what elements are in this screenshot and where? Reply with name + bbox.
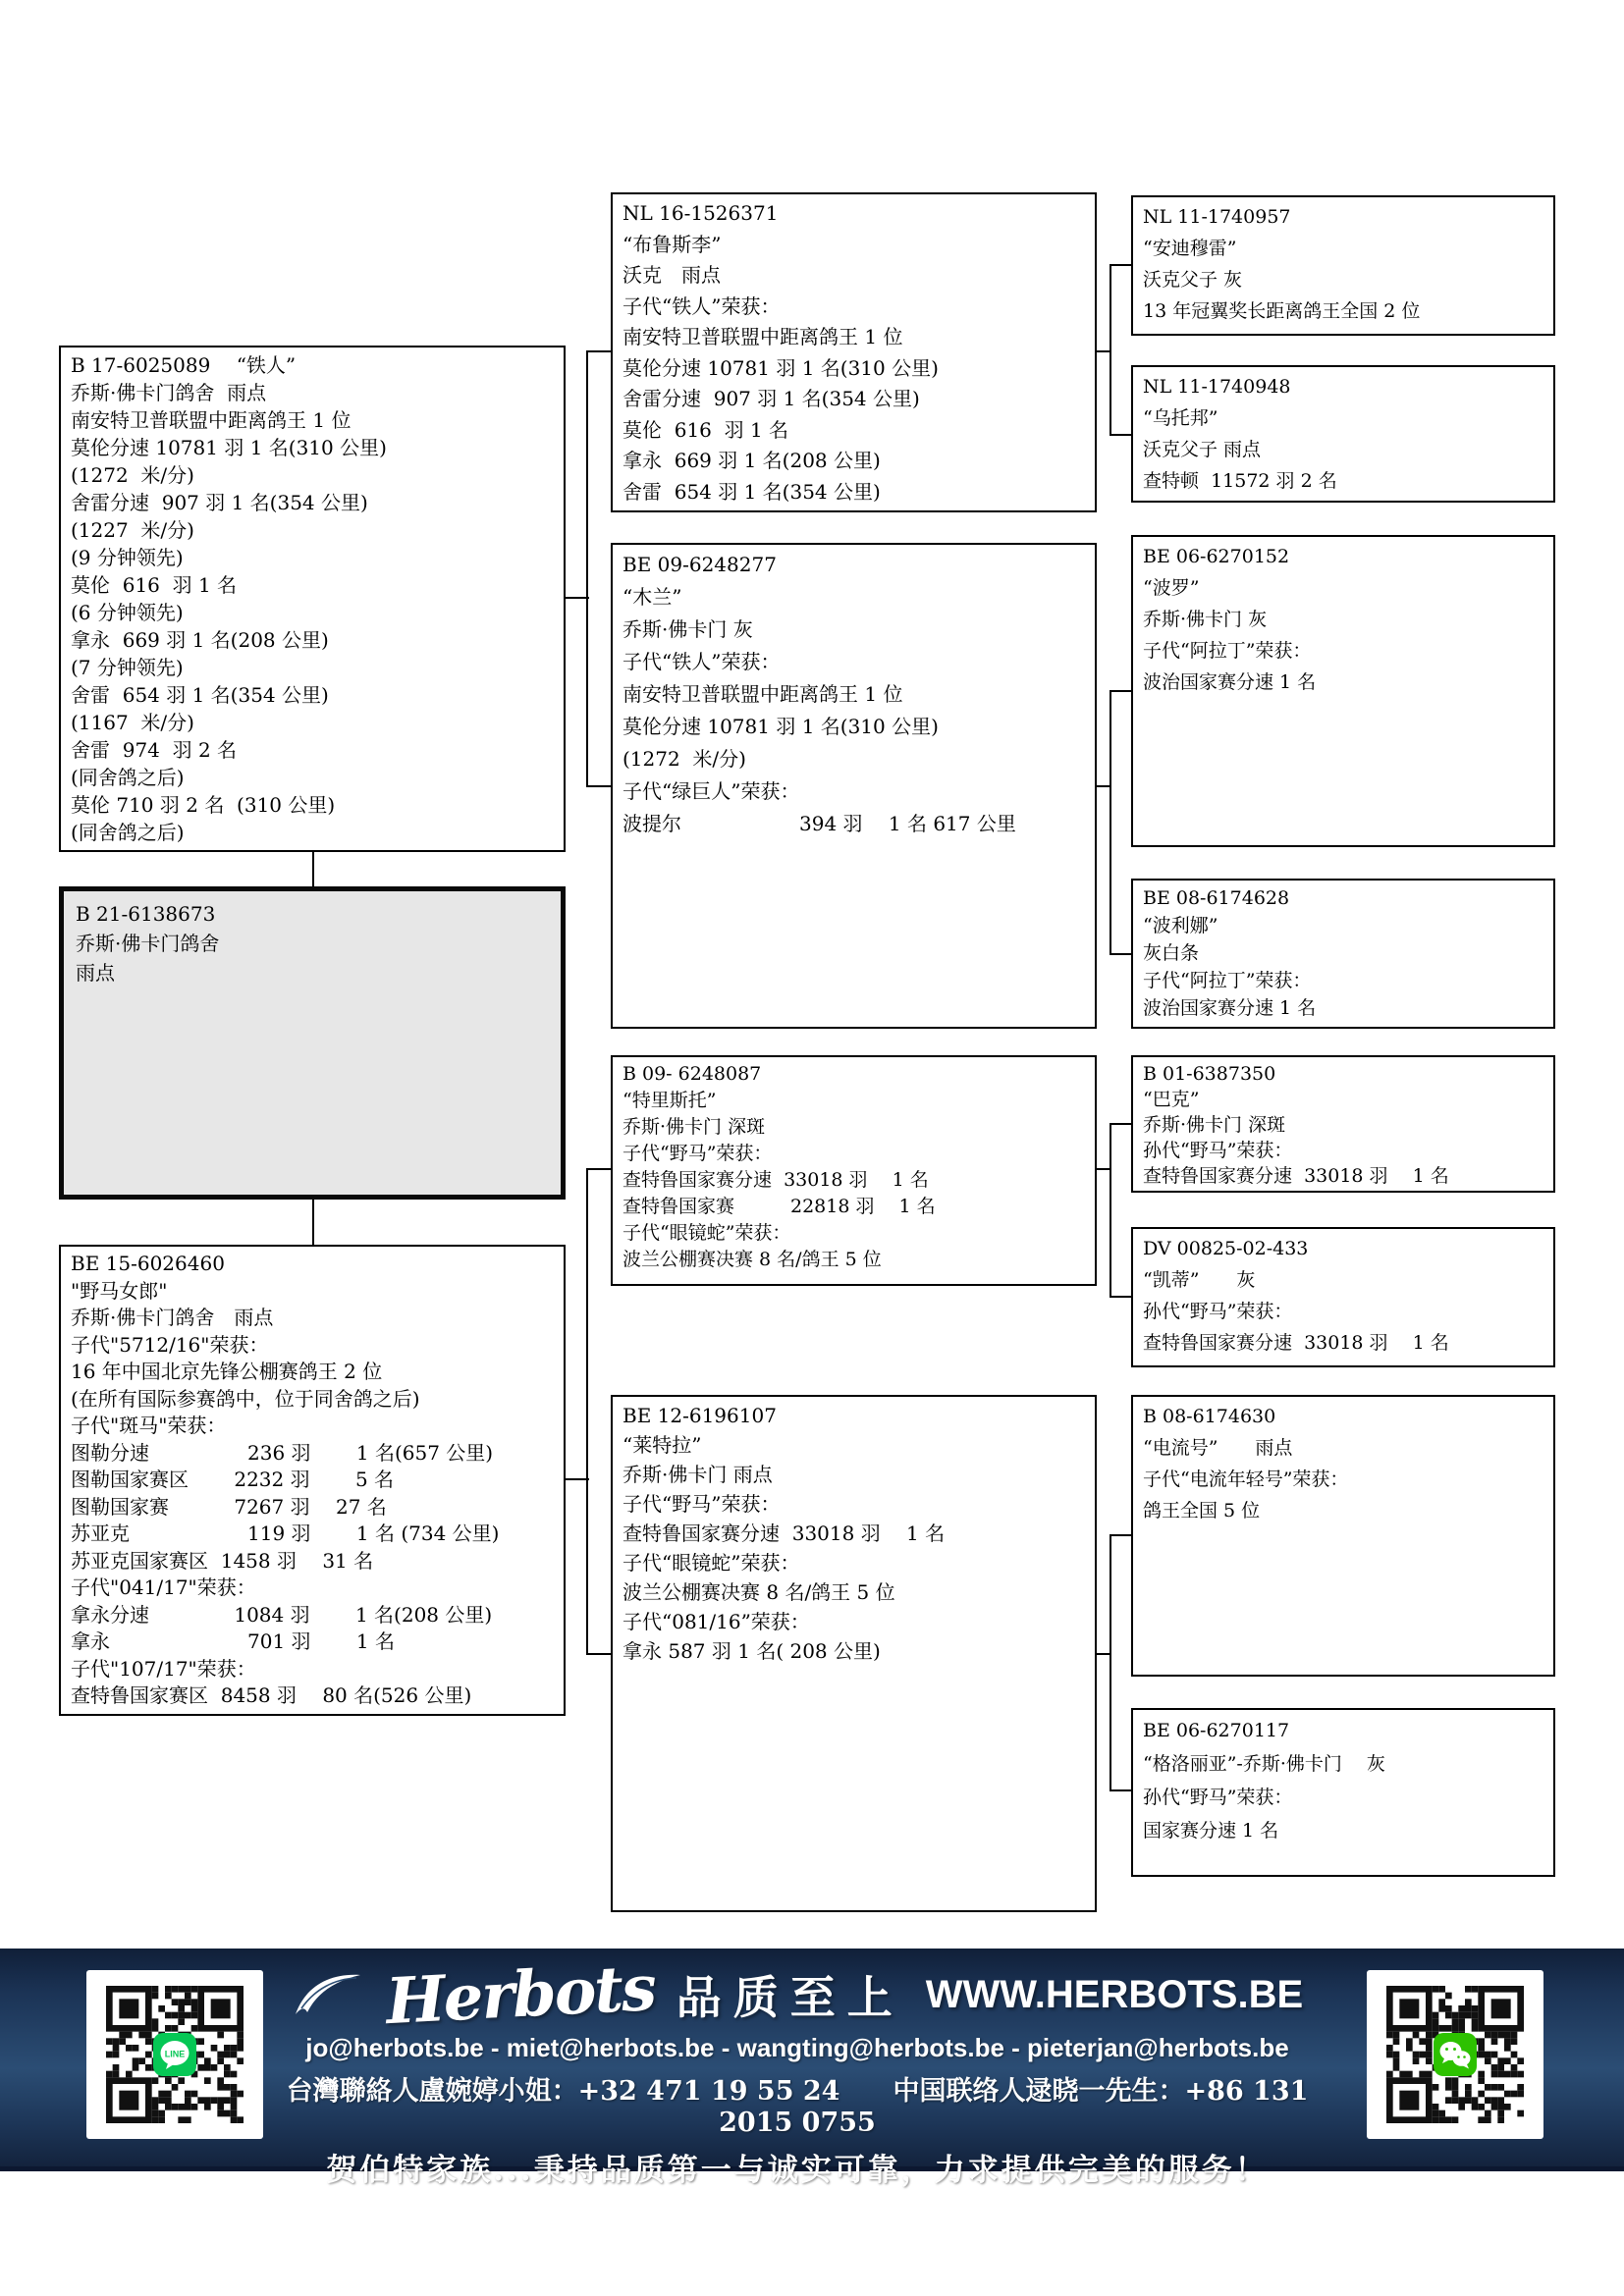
text-line: 查特顿 11572 羽 2 名 — [1143, 465, 1543, 497]
connector-line — [1110, 264, 1131, 266]
text-line: 苏亚克 119 羽 1 名 (734 公里) — [71, 1521, 554, 1548]
text-line: 舍雷分速 907 羽 1 名(354 公里) — [71, 489, 554, 516]
text-line: 乔斯·佛卡门 雨点 — [623, 1460, 1085, 1489]
footer-content: Herbots 品质至上 WWW.HERBOTS.BE jo@herbots.b… — [245, 1949, 1349, 2166]
pedigree-box-dv00825-02-433: DV 00825-02-433“凯蒂” 灰孙代“野马”荣获：查特鲁国家赛分速 3… — [1131, 1227, 1555, 1367]
text-line: “特里斯托” — [623, 1088, 1085, 1114]
text-line: “布鲁斯李” — [623, 230, 1085, 261]
text-line: BE 15-6026460 — [71, 1251, 554, 1278]
text-line: 图勒国家赛区 2232 羽 5 名 — [71, 1467, 554, 1494]
text-line: 查特鲁国家赛分速 33018 羽 1 名 — [623, 1167, 1085, 1194]
connector-line — [1110, 434, 1131, 436]
text-line: 子代"5712/16"荣获： — [71, 1332, 554, 1360]
text-line: 国家赛分速 1 名 — [1143, 1814, 1543, 1847]
text-line: 舍雷 654 羽 1 名(354 公里) — [623, 477, 1085, 508]
text-line: “莱特拉” — [623, 1430, 1085, 1460]
text-line: 舍雷分速 907 羽 1 名(354 公里) — [623, 384, 1085, 415]
text-line: 莫伦 616 羽 1 名 — [623, 415, 1085, 447]
wechat-icon — [1434, 2033, 1477, 2076]
text-line: 舍雷 654 羽 1 名(354 公里) — [71, 681, 554, 709]
text-line: 子代“电流年轻号”荣获： — [1143, 1464, 1543, 1495]
text-line: BE 12-6196107 — [623, 1401, 1085, 1430]
text-line: "野马女郎" — [71, 1278, 554, 1306]
text-line: 子代“阿拉丁”荣获： — [1143, 635, 1543, 667]
text-line: “凯蒂” 灰 — [1143, 1264, 1543, 1296]
text-line: 子代"041/17"荣获： — [71, 1575, 554, 1602]
connector-line — [586, 350, 611, 352]
text-line: (在所有国际参赛鸽中，位于同舍鸽之后) — [71, 1386, 554, 1414]
pedigree-box-be12-6196107: BE 12-6196107“莱特拉”乔斯·佛卡门 雨点子代“野马”荣获：查特鲁国… — [611, 1395, 1097, 1912]
text-line: B 09- 6248087 — [623, 1061, 1085, 1088]
text-line: 南安特卫普联盟中距离鸽王 1 位 — [71, 406, 554, 434]
text-line: BE 08-6174628 — [1143, 884, 1543, 912]
text-line: 波兰公棚赛决赛 8 名/鸽王 5 位 — [623, 1247, 1085, 1273]
line-icon: LINE — [153, 2033, 196, 2076]
pedigree-page: B 17-6025089 “铁人”乔斯·佛卡门鸽舍 雨点南安特卫普联盟中距离鸽王… — [0, 0, 1624, 2296]
feather-icon — [292, 1969, 364, 2020]
text-line: 鸽王全国 5 位 — [1143, 1495, 1543, 1526]
connector-line — [1110, 1534, 1131, 1536]
text-line: 查特鲁国家赛 22818 羽 1 名 — [623, 1194, 1085, 1220]
text-line: 子代“野马”荣获： — [623, 1141, 1085, 1167]
text-line: B 17-6025089 “铁人” — [71, 351, 554, 379]
footer-contact-phones: 台灣聯絡人盧婉婷小姐：+32 471 19 55 24 中国联络人逯晓一先生：+… — [245, 2069, 1349, 2138]
connector-line — [586, 1168, 588, 1655]
text-line: 乔斯·佛卡门 深斑 — [623, 1114, 1085, 1141]
pedigree-box-nl16-1526371: NL 16-1526371“布鲁斯李”沃克 雨点子代“铁人”荣获：南安特卫普联盟… — [611, 192, 1097, 512]
text-line: 舍雷 974 羽 2 名 — [71, 736, 554, 764]
connector-line — [586, 785, 611, 787]
text-line: 子代“铁人”荣获： — [623, 646, 1085, 678]
text-line: DV 00825-02-433 — [1143, 1233, 1543, 1264]
text-line: “波利娜” — [1143, 912, 1543, 939]
connector-line — [1110, 1123, 1111, 1298]
text-line: (9 分钟领先) — [71, 544, 554, 571]
text-line: 子代“铁人”荣获： — [623, 292, 1085, 323]
text-line: 子代“眼镜蛇”荣获： — [623, 1548, 1085, 1577]
text-line: 沃克父子 雨点 — [1143, 434, 1543, 465]
text-line: (1167 米/分) — [71, 709, 554, 736]
pedigree-box-dam-be15-6026460: BE 15-6026460"野马女郎"乔斯·佛卡门鸽舍 雨点子代"5712/16… — [59, 1245, 566, 1716]
text-line: 子代"107/17"荣获： — [71, 1656, 554, 1683]
text-line: 查特鲁国家赛分速 33018 羽 1 名 — [1143, 1163, 1543, 1189]
pedigree-box-be08-6174628: BE 08-6174628“波利娜”灰白条子代“阿拉丁”荣获：波治国家赛分速 1… — [1131, 879, 1555, 1029]
wechat-qr-code — [1367, 1970, 1543, 2139]
text-line: B 08-6174630 — [1143, 1401, 1543, 1432]
text-line: 莫伦 616 羽 1 名 — [71, 571, 554, 599]
footer-logo-row: Herbots 品质至上 WWW.HERBOTS.BE — [245, 1958, 1349, 2031]
text-line: (6 分钟领先) — [71, 599, 554, 626]
text-line: 子代“野马”荣获： — [623, 1489, 1085, 1519]
text-line: 子代“眼镜蛇”荣获： — [623, 1220, 1085, 1247]
text-line: 乔斯·佛卡门鸽舍 雨点 — [71, 379, 554, 406]
connector-line — [1110, 953, 1131, 955]
text-line: BE 09-6248277 — [623, 549, 1085, 581]
text-line: “巴克” — [1143, 1087, 1543, 1112]
text-line: 南安特卫普联盟中距离鸽王 1 位 — [623, 322, 1085, 353]
svg-text:LINE: LINE — [165, 2050, 186, 2059]
pedigree-box-sire-b17-6025089: B 17-6025089 “铁人”乔斯·佛卡门鸽舍 雨点南安特卫普联盟中距离鸽王… — [59, 346, 566, 852]
text-line: 子代“阿拉丁”荣获： — [1143, 967, 1543, 994]
text-line: (1272 米/分) — [71, 461, 554, 489]
text-line: 拿永分速 1084 羽 1 名(208 公里) — [71, 1602, 554, 1629]
text-line: 莫伦分速 10781 羽 1 名(310 公里) — [623, 711, 1085, 743]
text-line: 查特鲁国家赛分速 33018 羽 1 名 — [1143, 1327, 1543, 1359]
connector-line — [1110, 1123, 1131, 1125]
text-line: 乔斯·佛卡门鸽舍 雨点 — [71, 1305, 554, 1332]
pedigree-box-b08-6174630: B 08-6174630“电流号” 雨点子代“电流年轻号”荣获：鸽王全国 5 位 — [1131, 1395, 1555, 1677]
pedigree-box-nl11-1740957: NL 11-1740957“安迪穆雷”沃克父子 灰13 年冠翼奖长距离鸽王全国 … — [1131, 195, 1555, 336]
text-line: “波罗” — [1143, 572, 1543, 604]
text-line: “乌托邦” — [1143, 402, 1543, 434]
text-line: 乔斯·佛卡门 灰 — [1143, 604, 1543, 635]
text-line: 沃克 雨点 — [623, 260, 1085, 292]
text-line: 16 年中国北京先锋公棚赛鸽王 2 位 — [71, 1359, 554, 1386]
text-line: (1227 米/分) — [71, 516, 554, 544]
pedigree-box-be06-6270152: BE 06-6270152“波罗”乔斯·佛卡门 灰子代“阿拉丁”荣获：波治国家赛… — [1131, 535, 1555, 847]
text-line: (同舍鸽之后) — [71, 764, 554, 791]
text-line: 莫伦分速 10781 羽 1 名(310 公里) — [71, 434, 554, 461]
text-line: 子代“081/16”荣获： — [623, 1607, 1085, 1636]
line-qr-code: LINE — [86, 1970, 263, 2139]
text-line: (同舍鸽之后) — [71, 819, 554, 846]
text-line: 乔斯·佛卡门鸽舍 — [76, 929, 549, 958]
text-line: BE 06-6270117 — [1143, 1714, 1543, 1747]
connector-line — [1110, 1296, 1131, 1298]
text-line: 孙代“野马”荣获： — [1143, 1781, 1543, 1814]
text-line: 查特鲁国家赛区 8458 羽 80 名(526 公里) — [71, 1682, 554, 1710]
connector-line — [586, 1653, 611, 1655]
connector-line — [1110, 690, 1131, 692]
text-line: 图勒国家赛 7267 羽 27 名 — [71, 1494, 554, 1522]
text-line: “格洛丽亚”-乔斯·佛卡门 灰 — [1143, 1747, 1543, 1781]
text-line: 波提尔 394 羽 1 名 617 公里 — [623, 808, 1085, 840]
text-line: 13 年冠翼奖长距离鸽王全国 2 位 — [1143, 295, 1543, 327]
text-line: NL 11-1740957 — [1143, 201, 1543, 233]
pedigree-box-subject-b21-6138673: B 21-6138673乔斯·佛卡门鸽舍雨点 — [59, 886, 566, 1200]
text-line: 子代“绿巨人”荣获： — [623, 775, 1085, 808]
text-line: 乔斯·佛卡门 灰 — [623, 614, 1085, 646]
connector-line — [1110, 264, 1111, 436]
text-line: 拿永 701 羽 1 名 — [71, 1629, 554, 1656]
footer-tagline: 贺伯特家族...秉持品质第一与诚实可靠，力求提供完美的服务！ — [245, 2145, 1349, 2189]
text-line: B 21-6138673 — [76, 899, 549, 929]
text-line: 孙代“野马”荣获： — [1143, 1296, 1543, 1327]
text-line: 灰白条 — [1143, 939, 1543, 967]
pedigree-box-nl11-1740948: NL 11-1740948“乌托邦”沃克父子 雨点查特顿 11572 羽 2 名 — [1131, 365, 1555, 503]
pedigree-box-b01-6387350: B 01-6387350“巴克”乔斯·佛卡门 深斑孙代“野马”荣获：查特鲁国家赛… — [1131, 1055, 1555, 1193]
text-line: 波兰公棚赛决赛 8 名/鸽王 5 位 — [623, 1577, 1085, 1607]
connector-line — [312, 1200, 314, 1245]
text-line: “安迪穆雷” — [1143, 233, 1543, 264]
connector-line — [586, 350, 588, 787]
text-line: NL 16-1526371 — [623, 198, 1085, 230]
text-line: 波治国家赛分速 1 名 — [1143, 667, 1543, 698]
text-line: 拿永 587 羽 1 名( 208 公里) — [623, 1636, 1085, 1666]
text-line: “电流号” 雨点 — [1143, 1432, 1543, 1464]
connector-line — [1110, 690, 1111, 955]
text-line: 莫伦分速 10781 羽 1 名(310 公里) — [623, 353, 1085, 385]
connector-line — [1110, 1534, 1111, 1791]
text-line: 图勒分速 236 羽 1 名(657 公里) — [71, 1440, 554, 1468]
text-line: “木兰” — [623, 581, 1085, 614]
connector-line — [312, 852, 314, 886]
text-line: 苏亚克国家赛区 1458 羽 31 名 — [71, 1548, 554, 1575]
text-line: B 01-6387350 — [1143, 1061, 1543, 1087]
text-line: 查特鲁国家赛分速 33018 羽 1 名 — [623, 1519, 1085, 1548]
herbots-logo-text: Herbots — [384, 1950, 656, 2038]
text-line: 莫伦 710 羽 2 名 (310 公里) — [71, 791, 554, 819]
text-line: 南安特卫普联盟中距离鸽王 1 位 — [623, 678, 1085, 711]
footer-website-link[interactable]: WWW.HERBOTS.BE — [926, 1973, 1303, 2017]
text-line: BE 06-6270152 — [1143, 541, 1543, 572]
text-line: 拿永 669 羽 1 名(208 公里) — [623, 446, 1085, 477]
text-line: 孙代“野马”荣获： — [1143, 1138, 1543, 1163]
connector-line — [1110, 1789, 1131, 1791]
footer-slogan: 品质至上 — [677, 1962, 904, 2027]
pedigree-box-be09-6248277: BE 09-6248277“木兰”乔斯·佛卡门 灰子代“铁人”荣获：南安特卫普联… — [611, 543, 1097, 1029]
text-line: 拿永 669 羽 1 名(208 公里) — [71, 626, 554, 654]
text-line: 沃克父子 灰 — [1143, 264, 1543, 295]
text-line: 乔斯·佛卡门 深斑 — [1143, 1112, 1543, 1138]
footer-banner: LINE — [0, 1949, 1624, 2171]
connector-line — [586, 1168, 611, 1170]
text-line: 波治国家赛分速 1 名 — [1143, 994, 1543, 1022]
text-line: NL 11-1740948 — [1143, 371, 1543, 402]
pedigree-box-be06-6270117: BE 06-6270117“格洛丽亚”-乔斯·佛卡门 灰孙代“野马”荣获：国家赛… — [1131, 1708, 1555, 1877]
text-line: 雨点 — [76, 958, 549, 988]
text-line: 子代"斑马"荣获： — [71, 1413, 554, 1440]
text-line: (1272 米/分) — [623, 743, 1085, 775]
pedigree-box-b09-6248087: B 09- 6248087“特里斯托”乔斯·佛卡门 深斑子代“野马”荣获：查特鲁… — [611, 1055, 1097, 1286]
text-line: (7 分钟领先) — [71, 654, 554, 681]
